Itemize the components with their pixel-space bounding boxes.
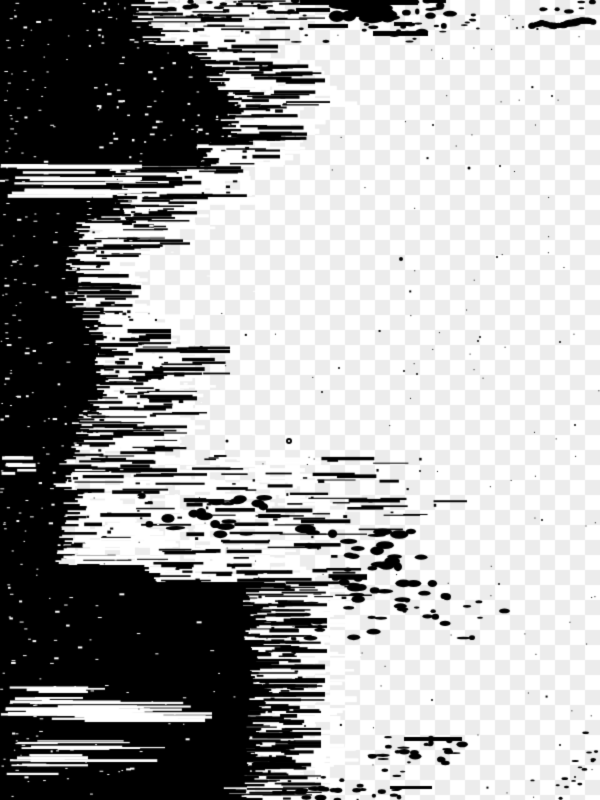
grunge-brush-texture-canvas — [0, 0, 600, 800]
transparent-image-preview — [0, 0, 600, 800]
